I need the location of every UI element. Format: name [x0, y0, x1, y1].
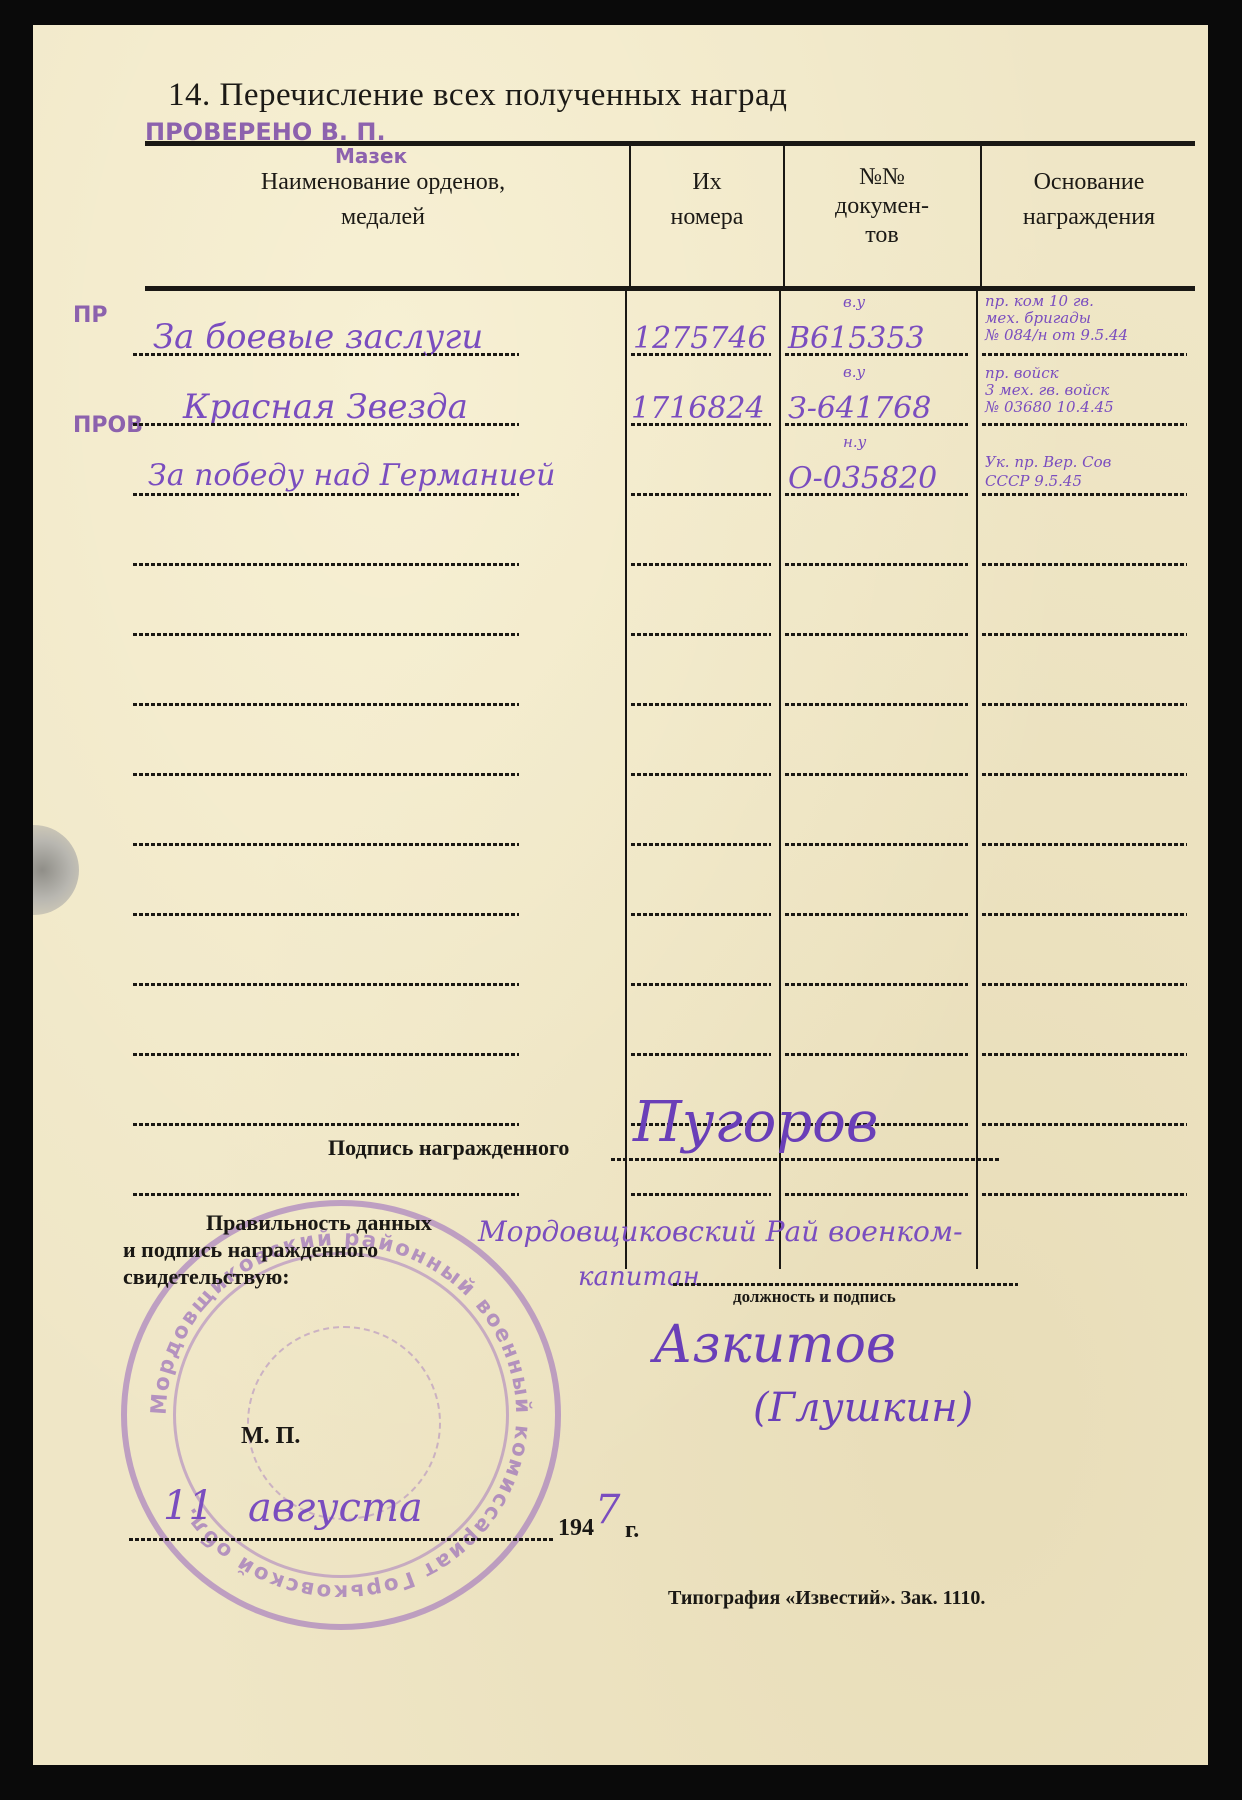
document-number: В615353 [788, 321, 925, 356]
row-dotted-line [631, 773, 771, 776]
row-dotted-line [982, 983, 1187, 986]
header-award-name: Наименование орденов, медалей [153, 165, 613, 235]
row-dotted-line [133, 843, 519, 846]
column-divider [980, 146, 982, 286]
award-basis: Ук. пр. Вер. Сов СССР 9.5.45 [985, 453, 1111, 491]
row-dotted-line [785, 633, 968, 636]
document-type: в.у [843, 363, 865, 381]
row-dotted-line [631, 1053, 771, 1056]
row-dotted-line [785, 423, 968, 426]
header-document-numbers: №№ докумен- тов [787, 163, 977, 249]
row-dotted-line [785, 843, 968, 846]
row-dotted-line [982, 423, 1187, 426]
row-dotted-line [631, 1193, 771, 1196]
row-dotted-line [133, 1193, 519, 1196]
header-award-basis: Основание награждения [983, 165, 1195, 235]
row-dotted-line [982, 493, 1187, 496]
section-title: 14. Перечисление всех полученных наград [168, 77, 787, 114]
row-dotted-line [982, 1053, 1187, 1056]
date-day: 11 [163, 1483, 214, 1529]
date-year-prefix: 194 [558, 1515, 594, 1542]
margin-mark: ПР [73, 303, 108, 328]
row-dotted-line [133, 493, 519, 496]
row-dotted-line [982, 773, 1187, 776]
award-name: За боевые заслуги [153, 317, 483, 357]
recipient-signature: Пугоров [633, 1090, 879, 1155]
row-dotted-line [982, 1193, 1187, 1196]
row-dotted-line [631, 493, 771, 496]
row-dotted-line [982, 703, 1187, 706]
row-dotted-line [982, 843, 1187, 846]
header-award-numbers: Их номера [633, 165, 781, 235]
row-dotted-line [631, 633, 771, 636]
row-dotted-line [785, 913, 968, 916]
row-dotted-line [133, 773, 519, 776]
column-divider [625, 291, 627, 1269]
printer-note: Типография «Известий». Зак. 1110. [668, 1587, 985, 1610]
row-dotted-line [133, 983, 519, 986]
column-divider [629, 146, 631, 286]
certification-line3: свидетельствую: [123, 1264, 290, 1290]
row-dotted-line [982, 563, 1187, 566]
position-line [673, 1283, 1018, 1286]
award-basis: пр. ком 10 гв. мех. бригады № 084/н от 9… [985, 293, 1128, 344]
signature-line [611, 1158, 1001, 1161]
official-rank: капитан [578, 1262, 700, 1292]
row-dotted-line [785, 703, 968, 706]
row-dotted-line [785, 563, 968, 566]
award-number: 1716824 [631, 391, 765, 426]
signature-label: Подпись награжденного [328, 1135, 569, 1161]
column-divider [976, 291, 978, 1269]
row-dotted-line [631, 563, 771, 566]
row-dotted-line [133, 353, 519, 356]
row-dotted-line [133, 563, 519, 566]
row-dotted-line [133, 633, 519, 636]
certification-line1: Правильность данных [206, 1210, 432, 1236]
date-month: августа [248, 1485, 423, 1531]
date-line [129, 1538, 555, 1541]
official-position: Мордовщиковский Рай военком- [478, 1215, 963, 1248]
row-dotted-line [631, 353, 771, 356]
seal-placement-label: М. П. [241, 1423, 300, 1450]
document-page: 14. Перечисление всех полученных наград … [33, 25, 1208, 1765]
row-dotted-line [133, 1123, 519, 1126]
certification-line2: и подпись награжденного [123, 1237, 378, 1263]
award-number: 1275746 [633, 321, 767, 356]
date-year-suffix: 7 [595, 1487, 620, 1533]
table-header-rule [145, 286, 1195, 291]
row-dotted-line [785, 773, 968, 776]
row-dotted-line [631, 703, 771, 706]
row-dotted-line [785, 1053, 968, 1056]
date-year-mark: г. [625, 1517, 639, 1544]
row-dotted-line [785, 983, 968, 986]
document-number: О-035820 [788, 461, 937, 496]
row-dotted-line [133, 703, 519, 706]
row-dotted-line [631, 423, 771, 426]
document-number: З-641768 [788, 391, 931, 426]
row-dotted-line [982, 913, 1187, 916]
row-dotted-line [982, 353, 1187, 356]
document-type: н.у [843, 433, 866, 451]
row-dotted-line [631, 913, 771, 916]
row-dotted-line [785, 1193, 968, 1196]
row-dotted-line [631, 843, 771, 846]
row-dotted-line [631, 983, 771, 986]
row-dotted-line [133, 423, 519, 426]
column-divider [783, 146, 785, 286]
official-signature: Азкитов [653, 1315, 896, 1375]
official-name: (Глушкин) [753, 1385, 973, 1431]
row-dotted-line [133, 1053, 519, 1056]
row-dotted-line [785, 493, 968, 496]
row-dotted-line [133, 913, 519, 916]
row-dotted-line [982, 633, 1187, 636]
row-dotted-line [982, 1123, 1187, 1126]
position-caption: должность и подпись [733, 1287, 896, 1307]
table-top-rule [145, 141, 1195, 146]
award-basis: пр. войск 3 мех. гв. войск № 03680 10.4.… [985, 365, 1114, 416]
document-type: в.у [843, 293, 865, 311]
row-dotted-line [785, 353, 968, 356]
award-name: Красная Звезда [183, 387, 468, 427]
stain-mark [33, 825, 79, 915]
award-name: За победу над Германией [148, 458, 555, 493]
